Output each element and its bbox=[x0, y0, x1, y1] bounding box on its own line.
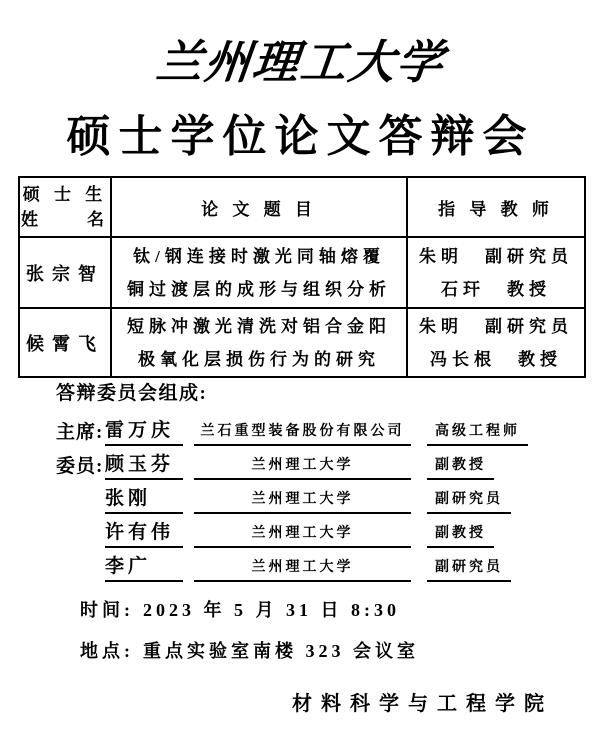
thesis-title-cell: 钛/钢连接时激光同轴熔覆 铜过渡层的成形与组织分析 bbox=[111, 237, 407, 308]
advisor-line1: 朱明 副研究员 bbox=[408, 310, 584, 343]
committee-member-name: 雷万庆 bbox=[105, 415, 183, 446]
student-name-cell: 张宗智 bbox=[19, 237, 111, 308]
committee-member-title: 副研究员 bbox=[427, 488, 511, 514]
committee-role-label bbox=[56, 546, 105, 548]
time-label: 时间: bbox=[80, 600, 134, 620]
committee-member-name: 张刚 bbox=[105, 483, 183, 514]
student-name-cell: 候霄飞 bbox=[19, 308, 111, 377]
committee-role-label: 委员: bbox=[56, 451, 105, 480]
committee-member-title: 副教授 bbox=[427, 454, 494, 480]
committee-member-name: 顾玉芬 bbox=[105, 449, 183, 480]
committee-member-affiliation: 兰州理工大学 bbox=[194, 556, 411, 582]
location-label: 地点: bbox=[80, 641, 134, 661]
location-row: 地点:重点实验室南楼 323 会议室 bbox=[80, 639, 601, 663]
committee-row-member: 李广 兰州理工大学 副研究员 bbox=[56, 552, 601, 582]
committee-role-label bbox=[56, 512, 105, 514]
thesis-defense-notice: 兰州理工大学 硕士学位论文答辩会 硕 士 生 姓 名 论 文 题 目 指 导 教… bbox=[0, 0, 601, 754]
committee-member-affiliation: 兰州理工大学 bbox=[194, 522, 411, 548]
header-student-name-line2: 姓 名 bbox=[20, 207, 110, 232]
committee-member-affiliation: 兰石重型装备股份有限公司 bbox=[194, 420, 411, 446]
thesis-title-cell: 短脉冲激光清洗对铝合金阳 极氧化层损伤行为的研究 bbox=[111, 308, 407, 377]
committee-member-title: 高级工程师 bbox=[427, 420, 528, 446]
students-table: 硕 士 生 姓 名 论 文 题 目 指 导 教 师 张宗智 钛/钢连接时激光同轴… bbox=[18, 176, 586, 378]
committee-member-name: 许有伟 bbox=[105, 517, 183, 548]
table-row: 候霄飞 短脉冲激光清洗对铝合金阳 极氧化层损伤行为的研究 朱明 副研究员 冯长根… bbox=[19, 308, 585, 377]
thesis-title-line1: 钛/钢连接时激光同轴熔覆 bbox=[112, 240, 406, 273]
committee-row-chair: 主席: 雷万庆 兰石重型装备股份有限公司 高级工程师 bbox=[56, 416, 601, 446]
thesis-title-line2: 极氧化层损伤行为的研究 bbox=[112, 343, 406, 376]
advisor-line2: 冯长根 教授 bbox=[408, 343, 584, 376]
header-student-name-line1: 硕 士 生 bbox=[20, 182, 110, 207]
thesis-title-line2: 铜过渡层的成形与组织分析 bbox=[112, 273, 406, 306]
committee-row-member: 委员: 顾玉芬 兰州理工大学 副教授 bbox=[56, 450, 601, 480]
thesis-title-line1: 短脉冲激光清洗对铝合金阳 bbox=[112, 310, 406, 343]
committee-heading: 答辩委员会组成: bbox=[56, 382, 601, 406]
time-value: 2023 年 5 月 31 日 8:30 bbox=[143, 600, 400, 620]
committee-role-label: 主席: bbox=[56, 417, 105, 446]
committee-member-title: 副研究员 bbox=[427, 556, 511, 582]
header-advisor: 指 导 教 师 bbox=[407, 177, 585, 237]
table-header-row: 硕 士 生 姓 名 论 文 题 目 指 导 教 师 bbox=[19, 177, 585, 237]
committee-row-member: 张刚 兰州理工大学 副研究员 bbox=[56, 484, 601, 514]
advisor-cell: 朱明 副研究员 冯长根 教授 bbox=[407, 308, 585, 377]
committee-role-label bbox=[56, 580, 105, 582]
advisor-cell: 朱明 副研究员 石玕 教授 bbox=[407, 237, 585, 308]
table-row: 张宗智 钛/钢连接时激光同轴熔覆 铜过渡层的成形与组织分析 朱明 副研究员 石玕… bbox=[19, 237, 585, 308]
header-thesis-title: 论 文 题 目 bbox=[111, 177, 407, 237]
time-row: 时间:2023 年 5 月 31 日 8:30 bbox=[80, 598, 601, 622]
document-title: 硕士学位论文答辩会 bbox=[0, 108, 601, 166]
department-signature: 材料科学与工程学院 bbox=[292, 687, 601, 716]
committee-member-name: 李广 bbox=[105, 551, 183, 582]
committee-row-member: 许有伟 兰州理工大学 副教授 bbox=[56, 518, 601, 548]
advisor-line1: 朱明 副研究员 bbox=[408, 240, 584, 273]
committee-member-affiliation: 兰州理工大学 bbox=[194, 488, 411, 514]
committee-section: 答辩委员会组成: 主席: 雷万庆 兰石重型装备股份有限公司 高级工程师 委员: … bbox=[56, 382, 601, 582]
committee-member-title: 副教授 bbox=[427, 522, 494, 548]
header-student-name: 硕 士 生 姓 名 bbox=[19, 177, 111, 237]
committee-member-affiliation: 兰州理工大学 bbox=[194, 454, 411, 480]
advisor-line2: 石玕 教授 bbox=[408, 273, 584, 306]
location-value: 重点实验室南楼 323 会议室 bbox=[143, 641, 419, 661]
university-logo-calligraphy: 兰州理工大学 bbox=[0, 26, 601, 100]
